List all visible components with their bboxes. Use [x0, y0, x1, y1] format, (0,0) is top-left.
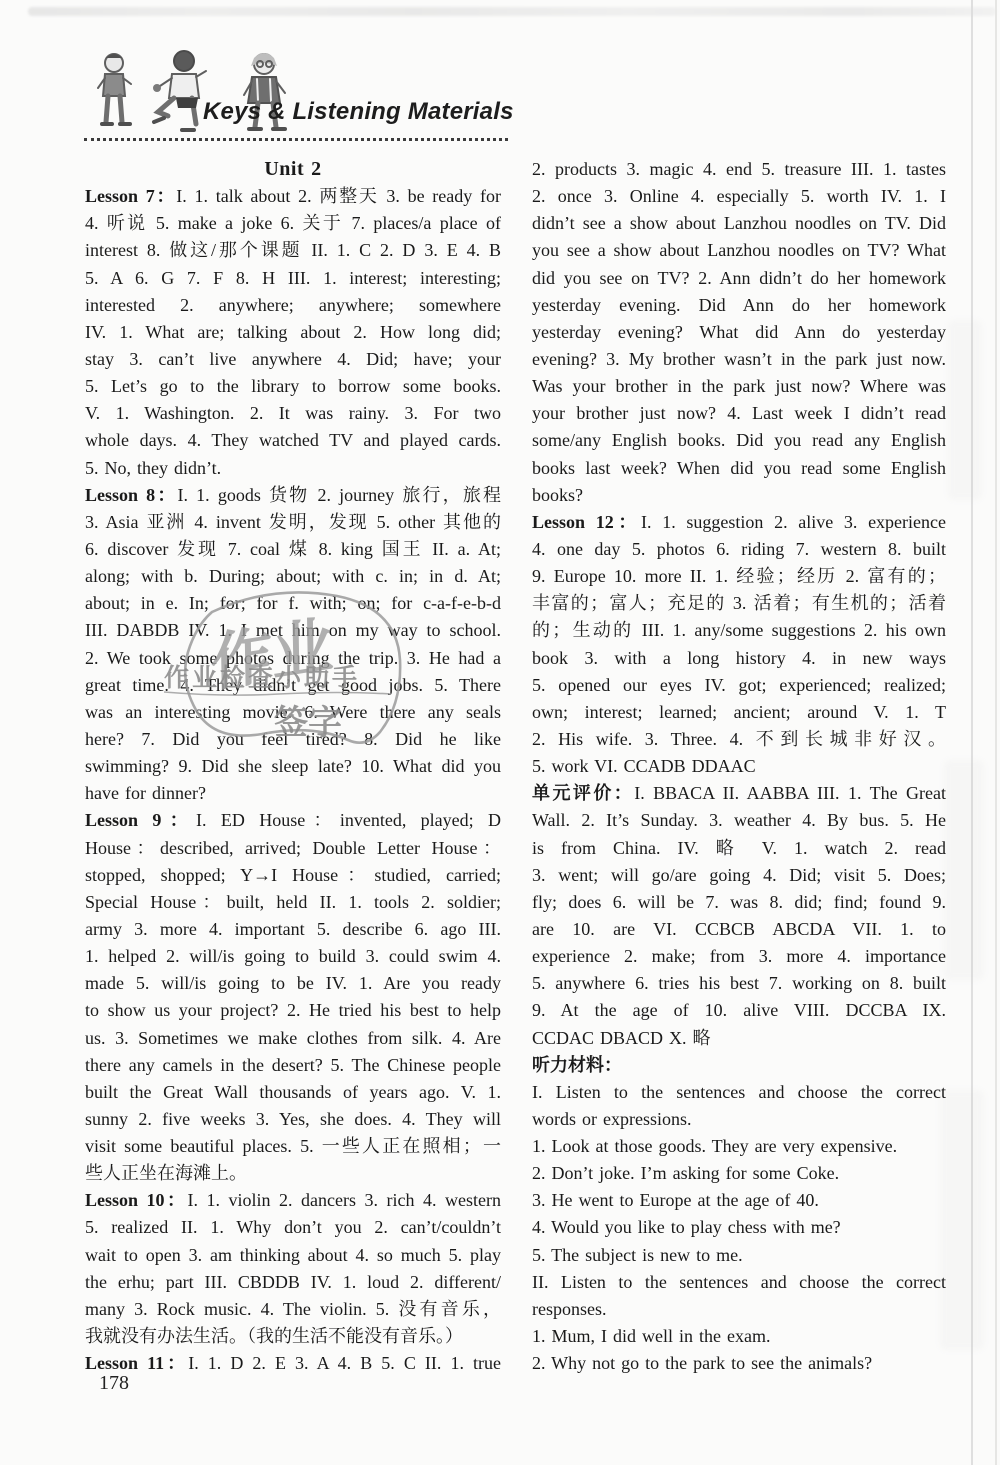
answer-line: 5. Let’s go to the library to borrow som… [85, 373, 501, 400]
answer-line: was an interesting movie. 6. Were there … [85, 699, 501, 726]
answer-line: Lesson 10：I. 1. violin 2. dancers 3. ric… [85, 1187, 501, 1214]
answer-line: army 3. more 4. important 5. describe 6.… [85, 916, 501, 943]
answer-line: is from China. IV. 略 V. 1. watch 2. read [532, 835, 946, 862]
answer-line: 4. one day 5. photos 6. riding 7. wester… [532, 536, 946, 563]
answer-line: 2. once 3. Online 4. especially 5. worth… [532, 183, 946, 210]
answer-line: 些人正坐在海滩上。 [85, 1160, 501, 1187]
answer-line: Was your brother in the park just now? W… [532, 373, 946, 400]
answer-line: books last week? When did you read some … [532, 455, 946, 482]
answer-line: 1. Mum, I did well in the exam. [532, 1323, 946, 1350]
answer-line: evening? 3. My brother wasn’t in the par… [532, 346, 946, 373]
answer-line: 4. 听说 5. make a joke 6. 关于 7. places/a p… [85, 210, 501, 237]
bleed-through-artifact [944, 760, 984, 980]
page-title: Keys & Listening Materials [203, 98, 514, 126]
answer-line: words or expressions. [532, 1106, 946, 1133]
answer-line: interested 2. anywhere; anywhere; somewh… [85, 292, 501, 319]
answer-line: Lesson 11：I. 1. D 2. E 3. A 4. B 5. C II… [85, 1350, 501, 1377]
answer-line: the erhu; part III. CBDDB IV. 1. loud 2.… [85, 1269, 501, 1296]
answer-line: 1. Look at those goods. They are very ex… [532, 1133, 946, 1160]
page-edge-line [995, 0, 997, 1465]
answer-line: interest 8. 做这/那个课题 II. 1. C 2. D 3. E 4… [85, 237, 501, 264]
answer-line: III. DABDB IV. 1. I met him on my way to… [85, 617, 501, 644]
answer-line: are 10. are VI. CCBCB ABCDA VII. 1. to [532, 916, 946, 943]
answer-line: there any camels in the desert? 5. The C… [85, 1052, 501, 1079]
answer-line: Wall. 2. It’s Sunday. 3. weather 4. By b… [532, 807, 946, 834]
answer-line: Lesson 9：I. ED House：invented, played; D [85, 807, 501, 834]
answer-line: 2. Why not go to the park to see the ani… [532, 1350, 946, 1377]
answer-line: 5. No, they didn’t. [85, 455, 501, 482]
scanned-answer-key-page: Keys & Listening Materials Unit 2Lesson … [0, 0, 1000, 1465]
answer-line: made 5. will/is going to be IV. 1. Are y… [85, 970, 501, 997]
answer-line: sunny 2. five weeks 3. Yes, she does. 4.… [85, 1106, 501, 1133]
answer-line: stopped, shopped; Y→I House：studied, car… [85, 862, 501, 889]
answer-line: 3. Asia 亚洲 4. invent 发明，发现 5. other 其他的 [85, 509, 501, 536]
answer-line: 4. Would you like to play chess with me? [532, 1214, 946, 1241]
answer-line: many 3. Rock music. 4. The violin. 5. 没有… [85, 1296, 501, 1323]
bleed-through-artifact [948, 320, 982, 500]
answer-line: 我就没有办法生活。（我的生活不能没有音乐。） [85, 1323, 501, 1350]
answer-line: stay 3. can’t live anywhere 4. Did; have… [85, 346, 501, 373]
answer-line: yesterday evening. Did Ann do her homewo… [532, 292, 946, 319]
answer-line: built the Great Wall thousands of years … [85, 1079, 501, 1106]
answer-line: along; with b. During; about; with c. in… [85, 563, 501, 590]
scan-top-edge-artifact [28, 7, 996, 16]
answer-line: 2. We took some photos during the trip. … [85, 645, 501, 672]
answer-line: 1. helped 2. will/is going to build 3. c… [85, 943, 501, 970]
answer-line: some/any English books. Did you read any… [532, 427, 946, 454]
answer-line: 5. opened our eyes IV. got; experienced;… [532, 672, 946, 699]
answer-line: I. Listen to the sentences and choose th… [532, 1079, 946, 1106]
bleed-through-artifact [940, 1090, 984, 1350]
answer-line: 9. At the age of 10. alive VIII. DCCBA I… [532, 997, 946, 1024]
answer-line: 3. He went to Europe at the age of 40. [532, 1187, 946, 1214]
answer-line: 听力材料： [532, 1052, 946, 1079]
answer-line: experience 2. make; from 3. more 4. impo… [532, 943, 946, 970]
answer-line: did you see on TV? 2. Ann didn’t do her … [532, 265, 946, 292]
answer-line: yesterday evening? What did Ann do yeste… [532, 319, 946, 346]
right-answer-column: 2. products 3. magic 4. end 5. treasure … [532, 156, 946, 1377]
answer-line: 5. realized II. 1. Why don’t you 2. can’… [85, 1214, 501, 1241]
answer-line: have for dinner? [85, 780, 501, 807]
answer-line: 6. discover 发现 7. coal 煤 8. king 国王 II. … [85, 536, 501, 563]
answer-line: swimming? 9. Did she sleep late? 10. Wha… [85, 753, 501, 780]
answer-line: your brother just now? 4. Last week I di… [532, 400, 946, 427]
answer-line: 2. products 3. magic 4. end 5. treasure … [532, 156, 946, 183]
answer-line: 丰富的；富人；充足的 3. 活着；有生机的；活着 [532, 590, 946, 617]
answer-line: IV. 1. What are; talking about 2. How lo… [85, 319, 501, 346]
dotted-rule [84, 138, 508, 141]
answer-line: 2. Don’t joke. I’m asking for some Coke. [532, 1160, 946, 1187]
answer-line: 5. work VI. CCADB DDAAC [532, 753, 946, 780]
answer-line: book 3. with a long history 4. in new wa… [532, 645, 946, 672]
answer-line: Lesson 12：I. 1. suggestion 2. alive 3. e… [532, 509, 946, 536]
answer-line: II. Listen to the sentences and choose t… [532, 1269, 946, 1296]
answer-line: House：described, arrived; Double Letter … [85, 835, 501, 862]
unit-title: Unit 2 [85, 156, 501, 183]
answer-line: V. 1. Washington. 2. It was rainy. 3. Fo… [85, 400, 501, 427]
answer-line: wait to open 3. am thinking about 4. so … [85, 1242, 501, 1269]
answer-line: CCDAC DBACD X. 略 [532, 1025, 946, 1052]
page-number: 178 [99, 1372, 129, 1395]
answer-line: 3. went; will go/are going 4. Did; visit… [532, 862, 946, 889]
answer-line: own; interest; learned; ancient; around … [532, 699, 946, 726]
answer-line: whole days. 4. They watched TV and playe… [85, 427, 501, 454]
answer-line: Lesson 7：I. 1. talk about 2. 两整天 3. be r… [85, 183, 501, 210]
answer-line: 5. anywhere 6. tries his best 7. working… [532, 970, 946, 997]
answer-line: us. 3. Sometimes we make clothes from si… [85, 1025, 501, 1052]
answer-line: to show us your project? 2. He tried his… [85, 997, 501, 1024]
answer-line: great time. 4. They didn’t get good jobs… [85, 672, 501, 699]
left-answer-column: Unit 2Lesson 7：I. 1. talk about 2. 两整天 3… [85, 156, 501, 1377]
answer-line: here? 7. Did you feel tired? 8. Did he l… [85, 726, 501, 753]
answer-line: 2. His wife. 3. Three. 4. 不到长城非好汉。 [532, 726, 946, 753]
answer-line: you see a show about Lanzhou noodles on … [532, 237, 946, 264]
answer-line: responses. [532, 1296, 946, 1323]
answer-line: visit some beautiful places. 5. 一些人正在照相；… [85, 1133, 501, 1160]
answer-line: Lesson 8：I. 1. goods 货物 2. journey 旅行，旅程 [85, 482, 501, 509]
answer-line: 单元评价：I. BBACA II. AABBA III. 1. The Grea… [532, 780, 946, 807]
answer-line: didn’t see a show about Lanzhou noodles … [532, 210, 946, 237]
answer-line: 5. A 6. G 7. F 8. H III. 1. interest; in… [85, 265, 501, 292]
answer-line: 的；生动的 III. 1. any/some suggestions 2. hi… [532, 617, 946, 644]
answer-line: 9. Europe 10. more II. 1. 经验；经历 2. 富有的； [532, 563, 946, 590]
answer-line: about; in e. In; for; for f. with; on; f… [85, 590, 501, 617]
answer-line: 5. The subject is new to me. [532, 1242, 946, 1269]
answer-line: books? [532, 482, 946, 509]
answer-line: fly; does 6. will be 7. was 8. did; find… [532, 889, 946, 916]
answer-line: Special House：built, held II. 1. tools 2… [85, 889, 501, 916]
